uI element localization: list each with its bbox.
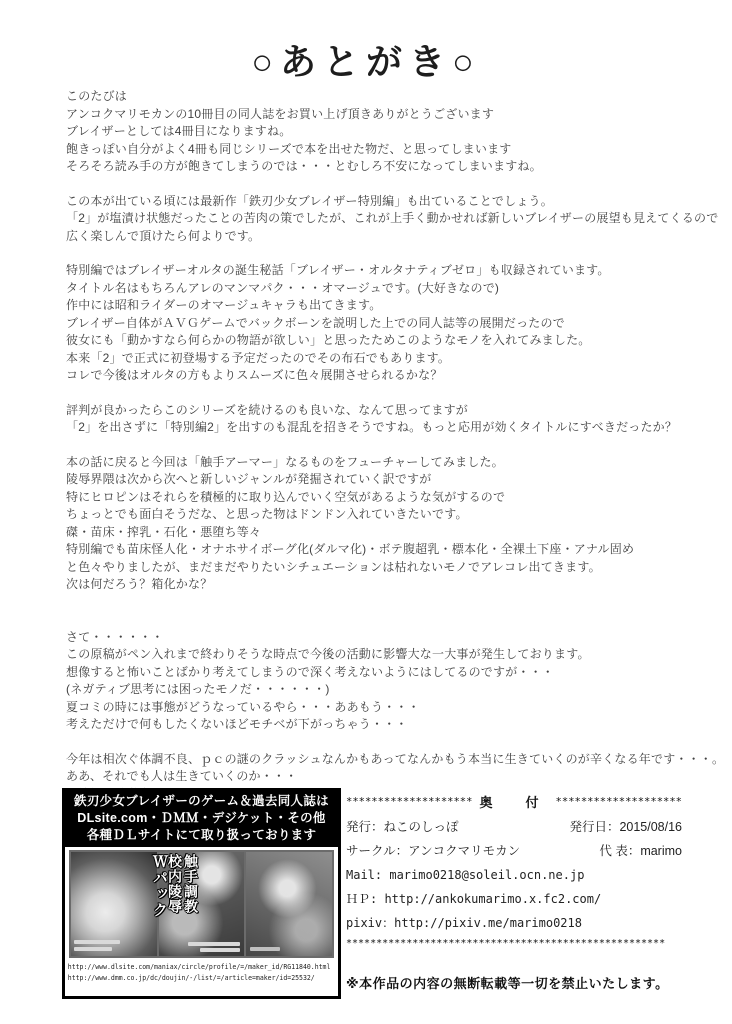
afterword-line: 夏コミの時には事態がどうなっているやら・・・ああもう・・・ [66,699,682,717]
afterword-paragraph: この本が出ている頃には最新作「鉄刃少女ブレイザー特別編」も出ていることでしょう。… [66,193,682,246]
cover-caption-chip [200,948,240,952]
afterword-line: 陵辱界隈は次から次へと新しいジャンルが発掘されていく訳ですが [66,471,682,489]
afterword-body: このたびは アンコクマリモカンの10冊目の同人誌をお買い上げ頂きありがとうござい… [66,88,682,851]
star-row-left: ******************** [346,796,472,808]
colophon: ******************** 奥 付 ***************… [346,792,682,992]
afterword-paragraph: 評判が良かったらこのシリーズを続けるのも良いな、なんて思ってますが 「2」を出さ… [66,402,682,437]
promo-header: 鉄刃少女ブレイザーのゲーム＆過去同人誌は DLsite.com・ＤＭＭ・デジケッ… [65,791,338,847]
dlsite-url: http://www.dlsite.com/maniax/circle/prof… [68,962,316,973]
afterword-line: 考えただけで何もしたくないほどモチベが下がっちゃう・・・ [66,716,682,734]
dmm-url: http://www.dmm.co.jp/dc/doujin/-/list/=/… [68,973,316,984]
colophon-row: サークル：アンコクマリモカン 代 表：marimo [346,844,682,859]
afterword-line: 飽きっぽい自分がよく4冊も同じシリーズで本を出せた物だ、と思ってしまいます [66,141,682,159]
afterword-line: 作中には昭和ライダーのオマージュキャラも出てきます。 [66,297,682,315]
afterword-line: アンコクマリモカンの10冊目の同人誌をお買い上げ頂きありがとうございます [66,106,682,124]
afterword-line: 特にヒロピンはそれらを積極的に取り込んでいく空気があるような気がするので [66,489,682,507]
copyright-notice: ※本作品の内容の無断転載等一切を禁止いたします。 [346,973,682,992]
afterword-line: 評判が良かったらこのシリーズを続けるのも良いな、なんて思ってますが [66,402,682,420]
afterword-line: さて・・・・・・ [66,629,682,647]
mail-line: Mail: marimo0218@soleil.ocn.ne.jp [346,868,682,883]
afterword-line: ブレイザーとしては4冊目になりますね。 [66,123,682,141]
afterword-line: 本来「2」で正式に初登場する予定だったのでその布石でもあります。 [66,350,682,368]
cover-art-banner: 触手調教 校内陵辱 Ｗパック [69,850,334,958]
promo-url-list: http://www.dlsite.com/maniax/circle/prof… [65,960,319,984]
afterword-line: と色々やりましたが、まだまだやりたいシチュエーションは枯れないモノでアレコレ出て… [66,559,682,577]
star-row-right: ******************** [556,796,682,808]
afterword-line: 「2」が塩漬け状態だったことの苦肉の策でしたが、これが上手く動かせれば新しいブレ… [66,210,682,228]
afterword-line: 今年は相次ぐ体調不良、ｐｃの謎のクラッシュなんかもあってなんかもう本当に生きてい… [66,751,682,769]
colophon-header: ******************** 奥 付 ***************… [346,792,682,811]
circle-value: サークル：アンコクマリモカン [346,844,520,859]
afterword-line: 彼女にも「動かすなら何らかの物語が欲しい」と思ったためこのようなモノを入れてみま… [66,332,682,350]
colophon-row: 発行：ねこのしっぽ 発行日：2015/08/16 [346,820,682,835]
promo-box: 鉄刃少女ブレイザーのゲーム＆過去同人誌は DLsite.com・ＤＭＭ・デジケッ… [62,788,341,999]
afterword-line: ブレイザー自体がＡＶＧゲームでバックボーンを説明した上での同人誌等の展開だったの… [66,315,682,333]
afterword-paragraph: このたびは アンコクマリモカンの10冊目の同人誌をお買い上げ頂きありがとうござい… [66,88,682,176]
afterword-line: 磔・苗床・搾乳・石化・悪堕ち等々 [66,524,682,542]
cover-caption-chip [74,940,120,944]
publisher-value: 発行：ねこのしっぽ [346,820,459,835]
page-title: ○あとがき○ [0,34,732,85]
afterword-line: (ネガティブ思考には困ったモノだ・・・・・・) [66,681,682,699]
banner-vertical-title: 触手調教 校内陵辱 Ｗパック [151,854,199,954]
afterword-line: 「2」を出さずに「特別編2」を出すのも混乱を招きそうですね。もっと応用が効くタイ… [66,419,682,437]
afterword-paragraph: 特別編ではブレイザーオルタの誕生秘話「ブレイザー・オルタナティブゼロ」も収録され… [66,262,682,385]
afterword-line: 次は何だろう？箱化かな？ [66,576,682,594]
colophon-title: 奥 付 [479,792,548,811]
afterword-line: このたびは [66,88,682,106]
afterword-line: そろそろ読み手の方が飽きてしまうのでは・・・とむしろ不安になってしまいますね。 [66,158,682,176]
afterword-line: ちょっとでも面白そうだな、と思った物はドンドン入れていきたいです。 [66,506,682,524]
publish-date-value: 発行日：2015/08/16 [569,820,682,835]
afterword-line: 広く楽しんで頂けたら何よりです。 [66,228,682,246]
star-separator-row: ****************************************… [346,938,682,949]
cover-art-panel-3 [246,852,332,956]
afterword-line: ああ、それでも人は生きていくのか・・・ [66,768,682,786]
cover-caption-chip [74,947,112,951]
representative-value: 代 表：marimo [599,844,682,859]
banner-title-column: 触手調教 [183,854,199,954]
promo-header-line: DLsite.com・ＤＭＭ・デジケット・その他 [65,810,338,827]
afterword-line: この原稿がペン入れまで終わりそうな時点で今後の活動に影響大な一大事が発生しており… [66,646,682,664]
afterword-line: コレで今後はオルタの方もよりスムーズに色々展開させられるかな？ [66,367,682,385]
afterword-line: 想像すると怖いことばかり考えてしまうので深く考えないようにはしてるのですが・・・ [66,664,682,682]
banner-title-column: Ｗパック [151,854,167,954]
afterword-line: この本が出ている頃には最新作「鉄刃少女ブレイザー特別編」も出ていることでしょう。 [66,193,682,211]
cover-art-panel-1 [71,852,157,956]
cover-caption-chip [250,947,280,951]
pixiv-line: pixiv：http://pixiv.me/marimo0218 [346,916,682,931]
homepage-line: ＨＰ: http://ankokumarimo.x.fc2.com/ [346,892,682,907]
afterword-page: { "page": { "title": "○あとがき○" }, "afterw… [0,0,732,1024]
afterword-line: 特別編ではブレイザーオルタの誕生秘話「ブレイザー・オルタナティブゼロ」も収録され… [66,262,682,280]
promo-header-line: 鉄刃少女ブレイザーのゲーム＆過去同人誌は [65,793,338,810]
afterword-line: 特別編でも苗床怪人化・オナホサイボーグ化(ダルマ化)・ボテ腹超乳・標本化・全裸土… [66,541,682,559]
afterword-line: タイトル名はもちろんアレのマンマパク・・・オマージュです。(大好きなので) [66,280,682,298]
promo-header-line: 各種ＤＬサイトにて取り扱っております [65,827,338,844]
afterword-paragraph: 本の話に戻ると今回は「触手アーマー」なるものをフューチャーしてみました。 陵辱界… [66,454,682,594]
banner-title-column: 校内陵辱 [167,854,183,954]
afterword-paragraph: さて・・・・・・ この原稿がペン入れまで終わりそうな時点で今後の活動に影響大な一… [66,629,682,734]
afterword-line: 本の話に戻ると今回は「触手アーマー」なるものをフューチャーしてみました。 [66,454,682,472]
